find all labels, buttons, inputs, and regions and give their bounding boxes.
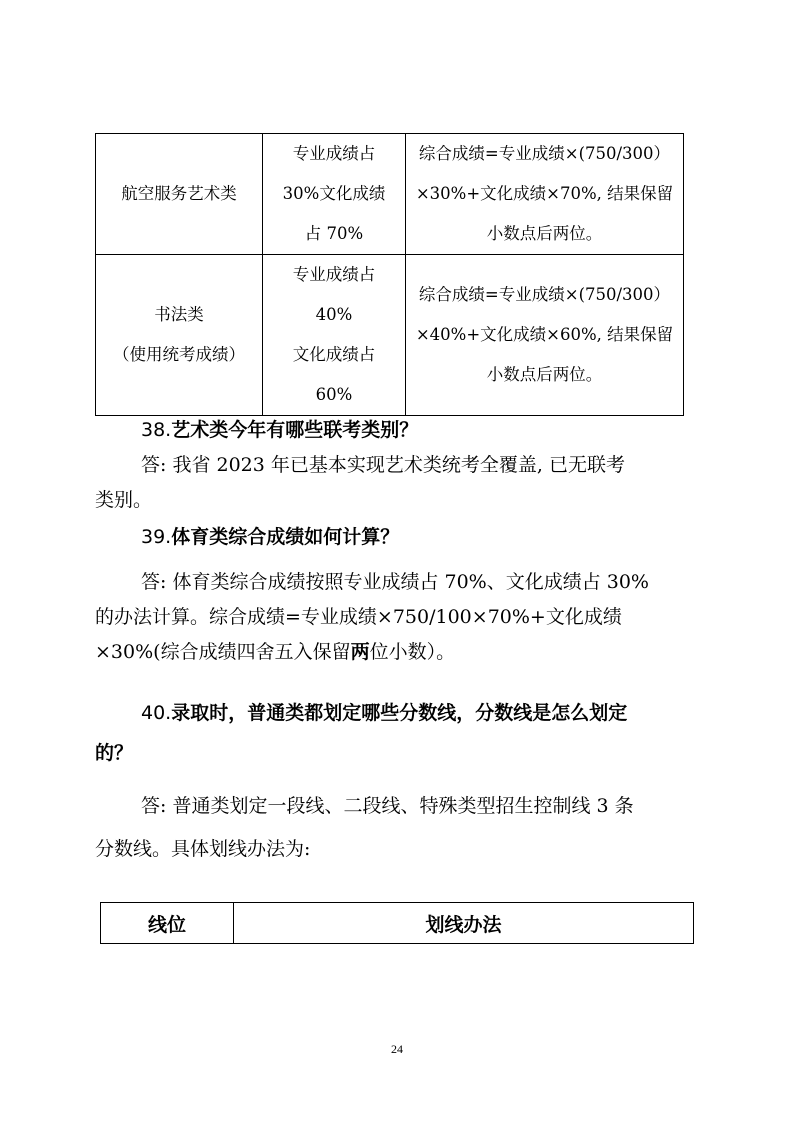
table-row: 书法类 （使用统考成绩） 专业成绩占 40% 文化成绩占 60% 综合成绩=专业… bbox=[96, 255, 684, 416]
table-row: 航空服务艺术类 专业成绩占 30%文化成绩 占 70% 综合成绩=专业成绩×(7… bbox=[96, 134, 684, 255]
header-line-method: 划线办法 bbox=[234, 903, 694, 944]
answer-38-line2: 类别。 bbox=[95, 483, 689, 518]
score-line-table: 线位 划线办法 bbox=[100, 902, 694, 944]
question-40: 40.录取时，普通类都划定哪些分数线，分数线是怎么划定 的？ 答: 普通类划定一… bbox=[103, 696, 689, 867]
question-38: 38.艺术类今年有哪些联考类别？ 答: 我省 2023 年已基本实现艺术类统考全… bbox=[103, 413, 689, 518]
document-page: 航空服务艺术类 专业成绩占 30%文化成绩 占 70% 综合成绩=专业成绩×(7… bbox=[0, 0, 794, 1123]
category-cell: 书法类 （使用统考成绩） bbox=[96, 255, 263, 416]
question-40-heading-line2: 的？ bbox=[95, 736, 689, 771]
question-39-heading: 39.体育类综合成绩如何计算？ bbox=[103, 520, 689, 555]
page-number: 24 bbox=[0, 1042, 794, 1057]
question-39: 39.体育类综合成绩如何计算？ 答: 体育类综合成绩按照专业成绩占 70%、文化… bbox=[103, 520, 689, 670]
ratio-cell: 专业成绩占 40% 文化成绩占 60% bbox=[263, 255, 406, 416]
answer-40-line2: 分数线。具体划线办法为: bbox=[95, 832, 689, 867]
answer-39-line3: ×30%(综合成绩四舍五入保留两位小数）。 bbox=[95, 635, 689, 670]
answer-39-line2: 的办法计算。综合成绩=专业成绩×750/100×70%+文化成绩 bbox=[95, 600, 689, 635]
formula-cell: 综合成绩=专业成绩×(750/300） ×30%+文化成绩×70%, 结果保留 … bbox=[406, 134, 684, 255]
answer-38-line1: 答: 我省 2023 年已基本实现艺术类统考全覆盖, 已无联考 bbox=[103, 448, 689, 483]
table-header-row: 线位 划线办法 bbox=[101, 903, 694, 944]
question-38-heading: 38.艺术类今年有哪些联考类别？ bbox=[103, 413, 689, 448]
category-cell: 航空服务艺术类 bbox=[96, 134, 263, 255]
answer-40-line1: 答: 普通类划定一段线、二段线、特殊类型招生控制线 3 条 bbox=[103, 789, 689, 824]
ratio-cell: 专业成绩占 30%文化成绩 占 70% bbox=[263, 134, 406, 255]
art-category-score-table: 航空服务艺术类 专业成绩占 30%文化成绩 占 70% 综合成绩=专业成绩×(7… bbox=[95, 133, 684, 416]
question-40-heading-line1: 40.录取时，普通类都划定哪些分数线，分数线是怎么划定 bbox=[103, 696, 689, 731]
formula-cell: 综合成绩=专业成绩×(750/300） ×40%+文化成绩×60%, 结果保留 … bbox=[406, 255, 684, 416]
answer-39-line1: 答: 体育类综合成绩按照专业成绩占 70%、文化成绩占 30% bbox=[103, 565, 689, 600]
header-line-position: 线位 bbox=[101, 903, 234, 944]
